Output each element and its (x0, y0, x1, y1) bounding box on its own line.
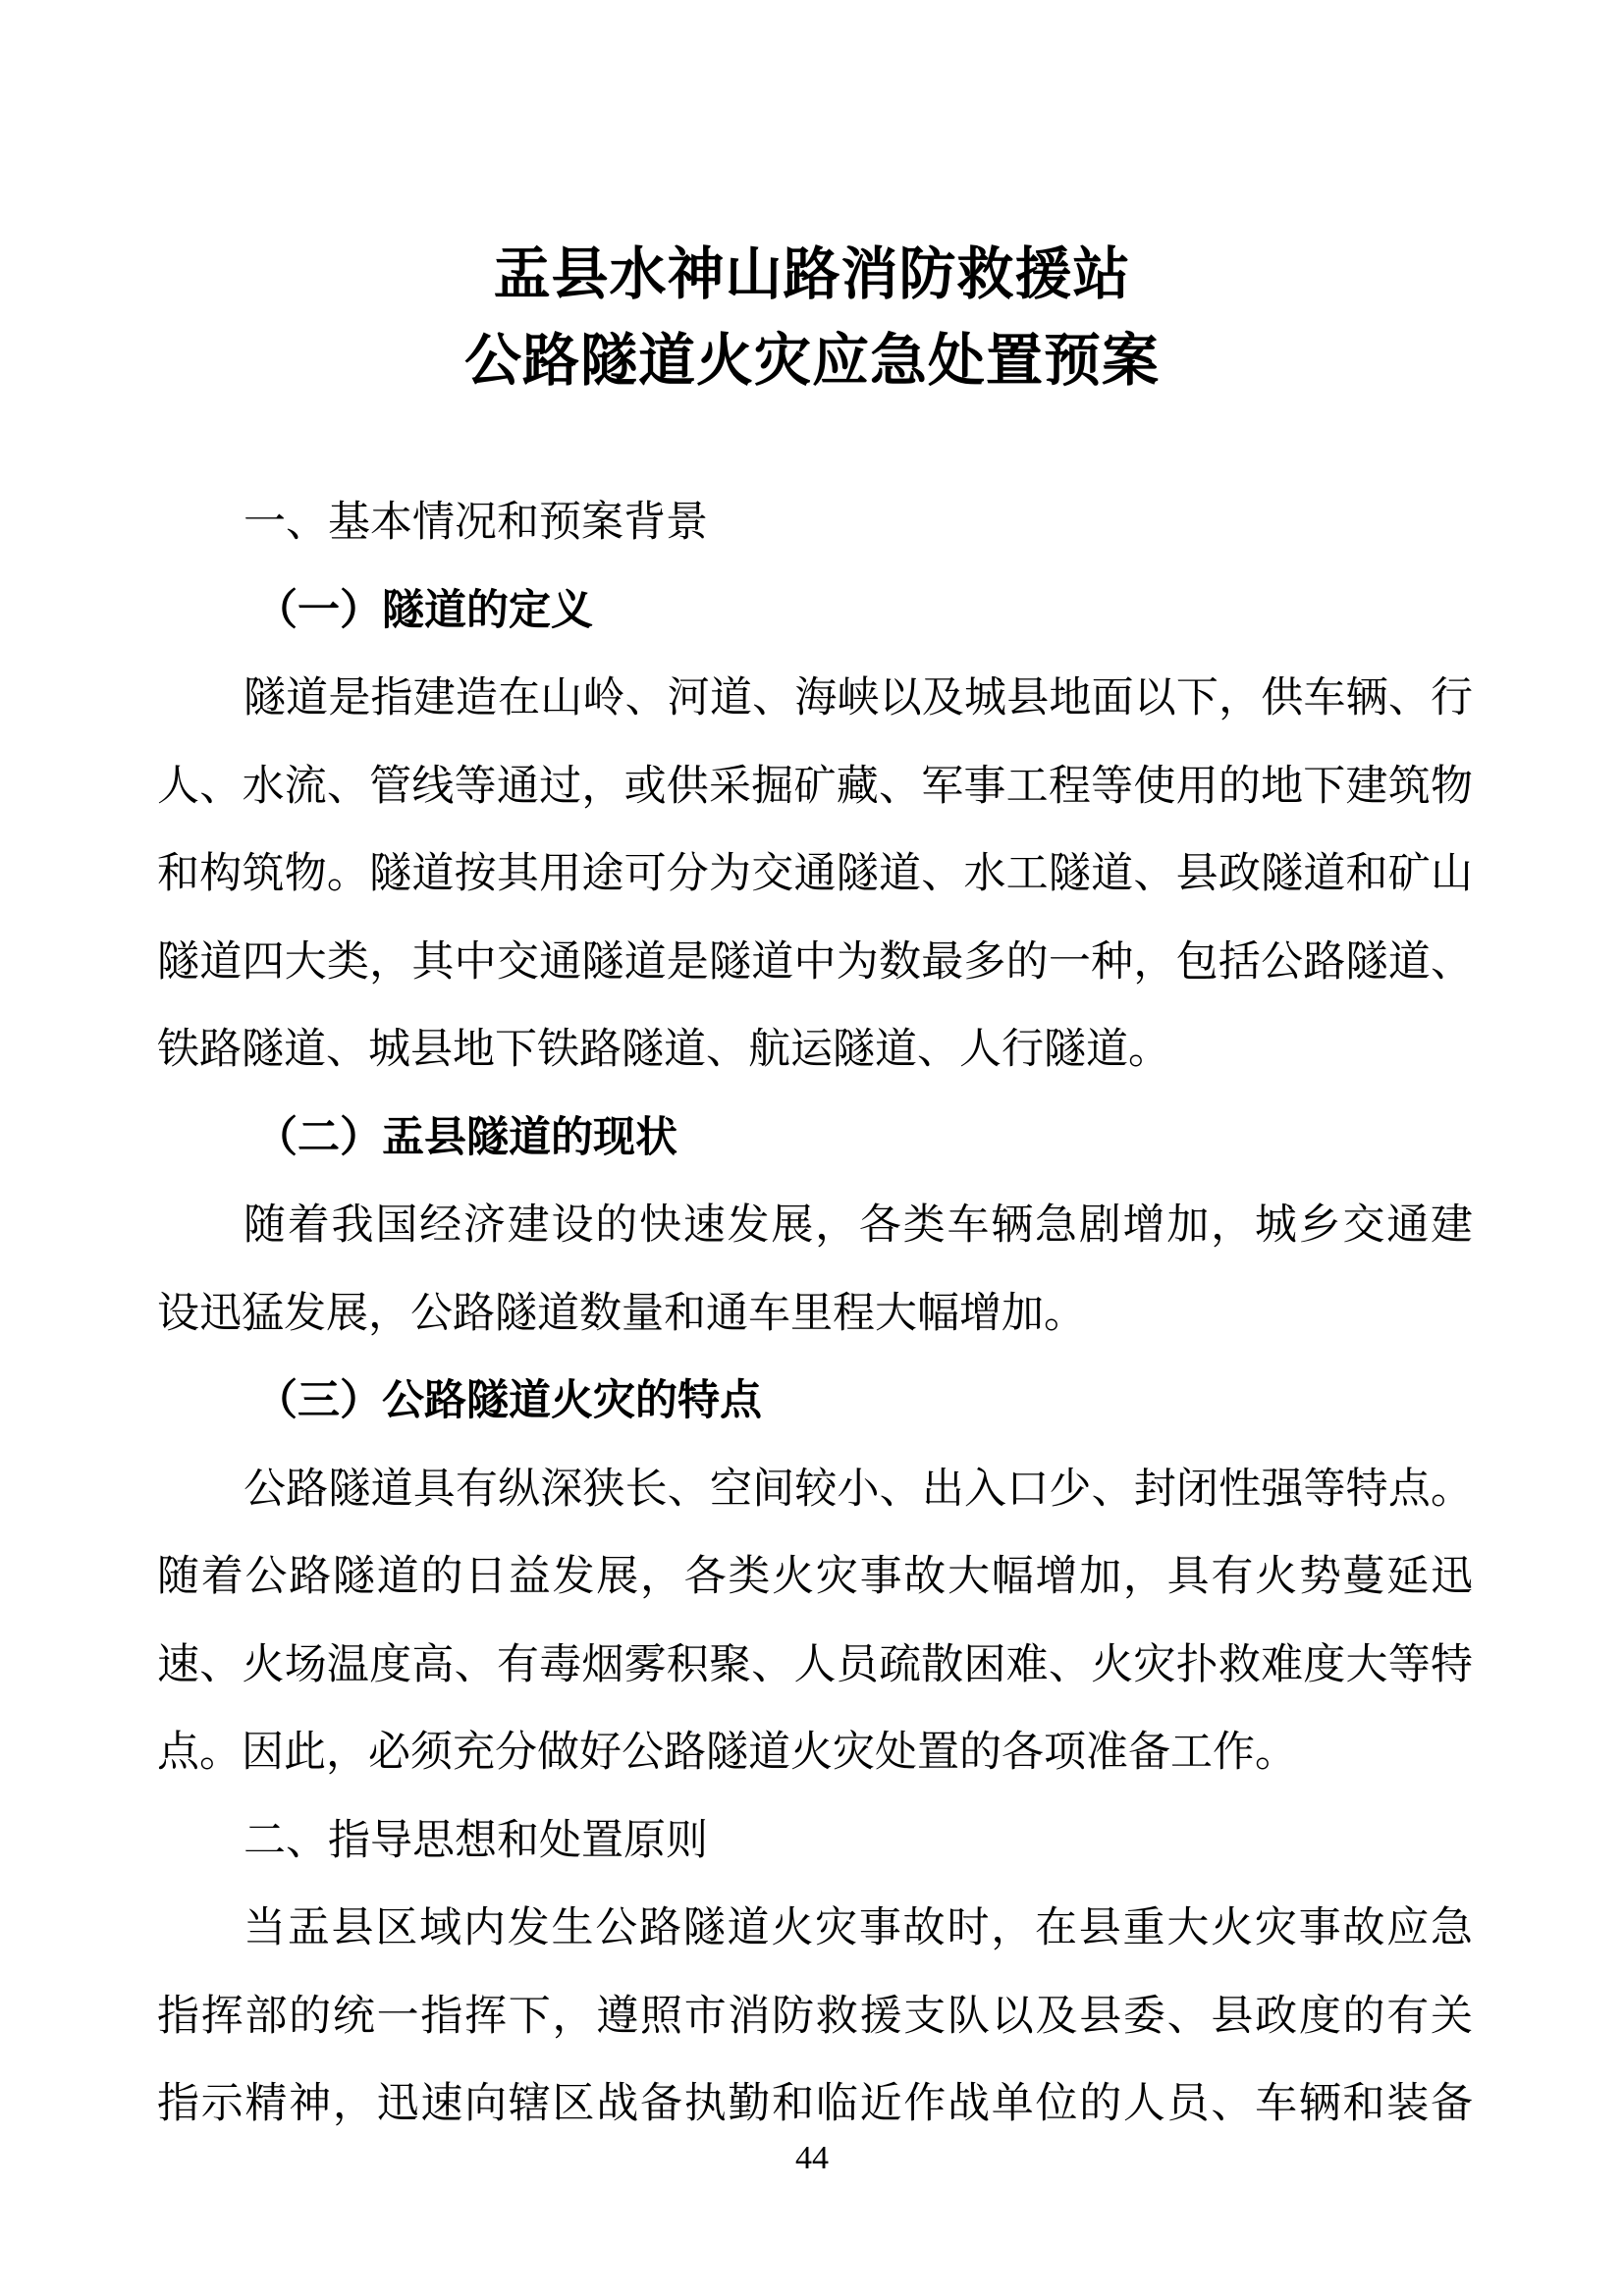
paragraph-line: 当盂县区域内发生公路隧道火灾事故时，在县重大火灾事故应急 (157, 1885, 1473, 1973)
document-title-line-2: 公路隧道火灾应急处置预案 (0, 314, 1624, 397)
paragraph-line: 指示精神，迅速向辖区战备执勤和临近作战单位的人员、车辆和装备 (157, 2060, 1473, 2149)
paragraph-line: 设迅猛发展，公路隧道数量和通车里程大幅增加。 (157, 1270, 1473, 1359)
subsection-heading-1: （一）隧道的定义 (157, 567, 1473, 656)
paragraph-line: 隧道是指建造在山岭、河道、海峡以及城县地面以下，供车辆、行 (157, 655, 1473, 743)
document-body: 一、基本情况和预案背景 （一）隧道的定义 隧道是指建造在山岭、河道、海峡以及城县… (157, 479, 1473, 2149)
paragraph-line: 铁路隧道、城县地下铁路隧道、航运隧道、人行隧道。 (157, 1006, 1473, 1095)
page-number: 44 (0, 2140, 1624, 2177)
document-title-line-1: 盂县水神山路消防救援站 (0, 228, 1624, 310)
paragraph-line: 随着我国经济建设的快速发展，各类车辆急剧增加，城乡交通建 (157, 1182, 1473, 1270)
paragraph-line: 隧道四大类，其中交通隧道是隧道中为数最多的一种，包括公路隧道、 (157, 919, 1473, 1007)
paragraph-line: 速、火场温度高、有毒烟雾积聚、人员疏散困难、火灾扑救难度大等特 (157, 1622, 1473, 1710)
paragraph-line: 人、水流、管线等通过，或供采掘矿藏、军事工程等使用的地下建筑物 (157, 743, 1473, 831)
paragraph-line: 点。因此，必须充分做好公路隧道火灾处置的各项准备工作。 (157, 1709, 1473, 1797)
paragraph-line: 指挥部的统一指挥下，遵照市消防救援支队以及县委、县政度的有关 (157, 1973, 1473, 2061)
section-heading-2: 二、指导思想和处置原则 (157, 1797, 1473, 1886)
paragraph-line: 和构筑物。隧道按其用途可分为交通隧道、水工隧道、县政隧道和矿山 (157, 830, 1473, 919)
subsection-heading-3: （三）公路隧道火灾的特点 (157, 1358, 1473, 1446)
section-heading-1: 一、基本情况和预案背景 (157, 479, 1473, 567)
paragraph-line: 公路隧道具有纵深狭长、空间较小、出入口少、封闭性强等特点。 (157, 1446, 1473, 1534)
paragraph-line: 随着公路隧道的日益发展，各类火灾事故大幅增加，具有火势蔓延迅 (157, 1533, 1473, 1622)
subsection-heading-2: （二）盂县隧道的现状 (157, 1095, 1473, 1183)
